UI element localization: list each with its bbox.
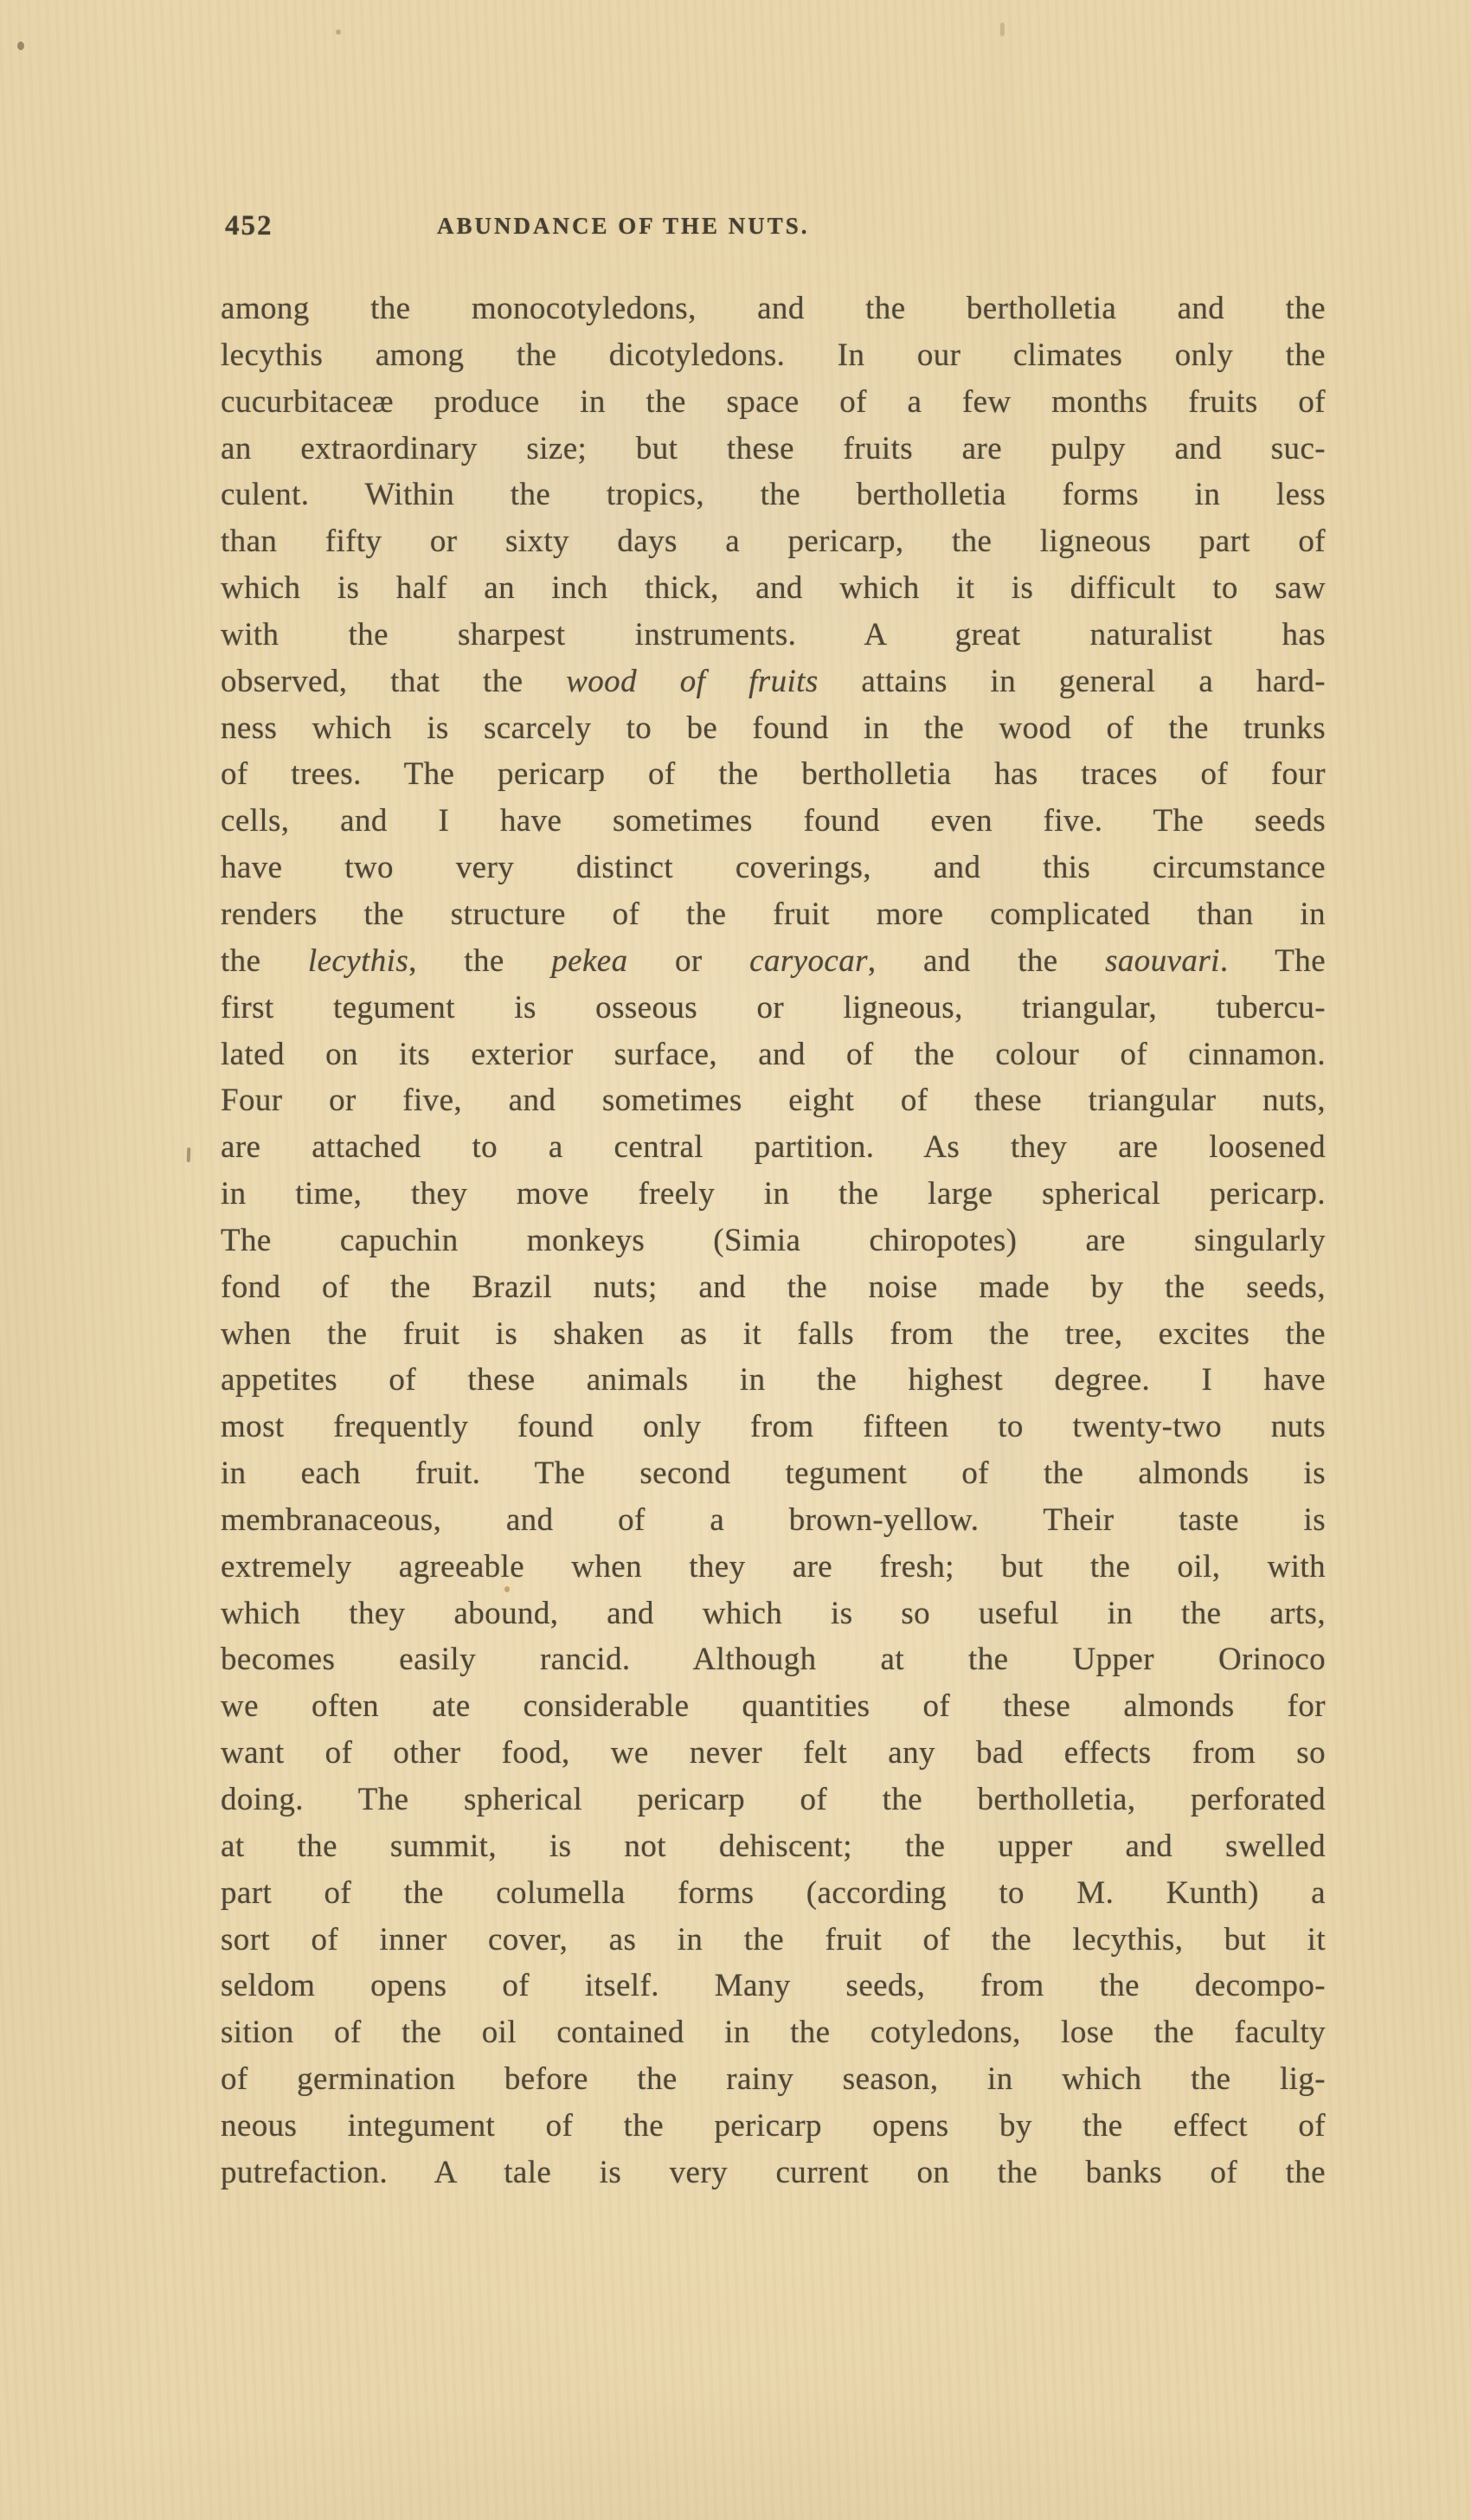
body-text: cells, and I have sometimes found even f… <box>221 803 1326 839</box>
body-text: neous integument of the pericarp opens b… <box>221 2108 1326 2144</box>
body-text-italic: wood of fruits <box>566 664 818 699</box>
body-text: than fifty or sixty days a pericarp, the… <box>221 524 1326 559</box>
body-text: cucurbitaceæ produce in the space of a f… <box>221 384 1326 420</box>
body-text-line: observed, that the wood of fruits attain… <box>221 659 1326 705</box>
running-head: ABUNDANCE OF THE NUTS. <box>437 213 810 240</box>
body-text: , the <box>408 943 551 979</box>
body-text-line: of germination before the rainy season, … <box>221 2056 1326 2103</box>
body-text-line: which is half an inch thick, and which i… <box>221 565 1326 612</box>
paper-speck <box>1000 22 1005 36</box>
body-text-line: becomes easily rancid. Although at the U… <box>221 1636 1326 1683</box>
body-text-line: than fifty or sixty days a pericarp, the… <box>221 518 1326 565</box>
body-text-line: among the monocotyledons, and the bertho… <box>221 286 1326 332</box>
body-text-line: sort of inner cover, as in the fruit of … <box>221 1917 1326 1964</box>
body-text: of germination before the rainy season, … <box>221 2061 1326 2097</box>
body-text: observed, that the <box>221 664 566 699</box>
body-text: fond of the Brazil nuts; and the noise m… <box>221 1270 1326 1305</box>
body-text-line: neous integument of the pericarp opens b… <box>221 2103 1326 2150</box>
body-text: of trees. The pericarp of the berthollet… <box>221 756 1326 792</box>
body-text: extremely agreeable when they are fresh;… <box>221 1549 1326 1585</box>
body-text-line: culent. Within the tropics, the bertholl… <box>221 472 1326 518</box>
margin-stray-mark <box>187 1147 191 1162</box>
body-text: putrefaction. A tale is very current on … <box>221 2155 1326 2190</box>
body-text: becomes easily rancid. Although at the U… <box>221 1642 1326 1677</box>
body-text: , and the <box>868 943 1105 979</box>
body-text-italic: pekea <box>551 943 627 979</box>
body-text: doing. The spherical pericarp of the ber… <box>221 1782 1326 1817</box>
body-text: lecythis among the dicotyledons. In our … <box>221 337 1326 373</box>
body-text: appetites of these animals in the highes… <box>221 1362 1326 1398</box>
body-text-line: when the fruit is shaken as it falls fro… <box>221 1311 1326 1358</box>
body-text-line: want of other food, we never felt any ba… <box>221 1730 1326 1777</box>
body-text-line: lecythis among the dicotyledons. In our … <box>221 332 1326 379</box>
body-text-line: we often ate considerable quantities of … <box>221 1683 1326 1730</box>
body-text-line: an extraordinary size; but these fruits … <box>221 426 1326 472</box>
body-text-line: lated on its exterior surface, and of th… <box>221 1032 1326 1078</box>
body-text-italic: lecythis <box>308 943 408 979</box>
page-body: among the monocotyledons, and the bertho… <box>221 286 1326 2196</box>
body-text: with the sharpest instruments. A great n… <box>221 617 1326 652</box>
body-text: most frequently found only from fifteen … <box>221 1409 1326 1444</box>
paper-speck <box>504 1586 510 1592</box>
body-text: at the summit, is not dehiscent; the upp… <box>221 1829 1326 1864</box>
body-text: renders the structure of the fruit more … <box>221 897 1326 932</box>
body-text-line: are attached to a central partition. As … <box>221 1124 1326 1171</box>
body-text: The capuchin monkeys (Simia chiropotes) … <box>221 1223 1326 1258</box>
body-text: part of the columella forms (according t… <box>221 1875 1326 1911</box>
body-text-italic: caryocar <box>749 943 868 979</box>
body-text-line: first tegument is osseous or ligneous, t… <box>221 985 1326 1032</box>
body-text-line: renders the structure of the fruit more … <box>221 891 1326 938</box>
body-text-line: in each fruit. The second tegument of th… <box>221 1450 1326 1497</box>
body-text: the <box>221 943 308 979</box>
body-text-line: Four or five, and sometimes eight of the… <box>221 1077 1326 1124</box>
body-text-line: ness which is scarcely to be found in th… <box>221 705 1326 752</box>
body-text-line: fond of the Brazil nuts; and the noise m… <box>221 1264 1326 1311</box>
body-text-line: sition of the oil contained in the cotyl… <box>221 2009 1326 2056</box>
body-text-line: doing. The spherical pericarp of the ber… <box>221 1777 1326 1823</box>
body-text-line: with the sharpest instruments. A great n… <box>221 612 1326 659</box>
body-text-line: at the summit, is not dehiscent; the upp… <box>221 1823 1326 1870</box>
body-text: first tegument is osseous or ligneous, t… <box>221 990 1326 1025</box>
body-text-line: of trees. The pericarp of the berthollet… <box>221 751 1326 798</box>
body-text-line: cells, and I have sometimes found even f… <box>221 798 1326 845</box>
body-text-line: extremely agreeable when they are fresh;… <box>221 1544 1326 1591</box>
body-text: culent. Within the tropics, the bertholl… <box>221 477 1326 512</box>
body-text: in each fruit. The second tegument of th… <box>221 1456 1326 1491</box>
body-text-line: have two very distinct coverings, and th… <box>221 845 1326 891</box>
body-text: lated on its exterior surface, and of th… <box>221 1037 1326 1072</box>
body-text-line: most frequently found only from fifteen … <box>221 1404 1326 1450</box>
body-text: among the monocotyledons, and the bertho… <box>221 291 1326 326</box>
body-text-line: appetites of these animals in the highes… <box>221 1357 1326 1404</box>
body-text: which is half an inch thick, and which i… <box>221 570 1326 606</box>
body-text: or <box>628 943 750 979</box>
body-text: sort of inner cover, as in the fruit of … <box>221 1922 1326 1957</box>
body-text-line: the lecythis, the pekea or caryocar, and… <box>221 938 1326 985</box>
body-text: in time, they move freely in the large s… <box>221 1176 1326 1212</box>
body-text-line: part of the columella forms (according t… <box>221 1870 1326 1917</box>
body-text: seldom opens of itself. Many seeds, from… <box>221 1968 1326 2003</box>
body-text: want of other food, we never felt any ba… <box>221 1735 1326 1771</box>
body-text: membranaceous, and of a brown-yellow. Th… <box>221 1502 1326 1538</box>
body-text: attains in general a hard- <box>819 664 1326 699</box>
body-text: we often ate considerable quantities of … <box>221 1688 1326 1724</box>
paper-speck <box>17 42 24 50</box>
body-text-line: in time, they move freely in the large s… <box>221 1171 1326 1218</box>
body-text: are attached to a central partition. As … <box>221 1129 1326 1165</box>
body-text: an extraordinary size; but these fruits … <box>221 431 1326 466</box>
body-text-line: membranaceous, and of a brown-yellow. Th… <box>221 1497 1326 1544</box>
body-text-line: putrefaction. A tale is very current on … <box>221 2150 1326 2196</box>
scanned-book-page: 452 ABUNDANCE OF THE NUTS. among the mon… <box>0 0 1471 2520</box>
page-number: 452 <box>225 210 273 242</box>
body-text-italic: saouvari <box>1105 943 1220 979</box>
body-text: when the fruit is shaken as it falls fro… <box>221 1316 1326 1352</box>
body-text: which they abound, and which is so usefu… <box>221 1596 1326 1631</box>
body-text-line: which they abound, and which is so usefu… <box>221 1591 1326 1637</box>
body-text: have two very distinct coverings, and th… <box>221 850 1326 885</box>
body-text: . The <box>1220 943 1326 979</box>
body-text-line: The capuchin monkeys (Simia chiropotes) … <box>221 1218 1326 1264</box>
body-text-line: seldom opens of itself. Many seeds, from… <box>221 1963 1326 2009</box>
body-text: sition of the oil contained in the cotyl… <box>221 2015 1326 2050</box>
body-text-line: cucurbitaceæ produce in the space of a f… <box>221 379 1326 426</box>
body-text: ness which is scarcely to be found in th… <box>221 710 1326 746</box>
body-text: Four or five, and sometimes eight of the… <box>221 1083 1326 1118</box>
paper-speck <box>336 29 341 35</box>
